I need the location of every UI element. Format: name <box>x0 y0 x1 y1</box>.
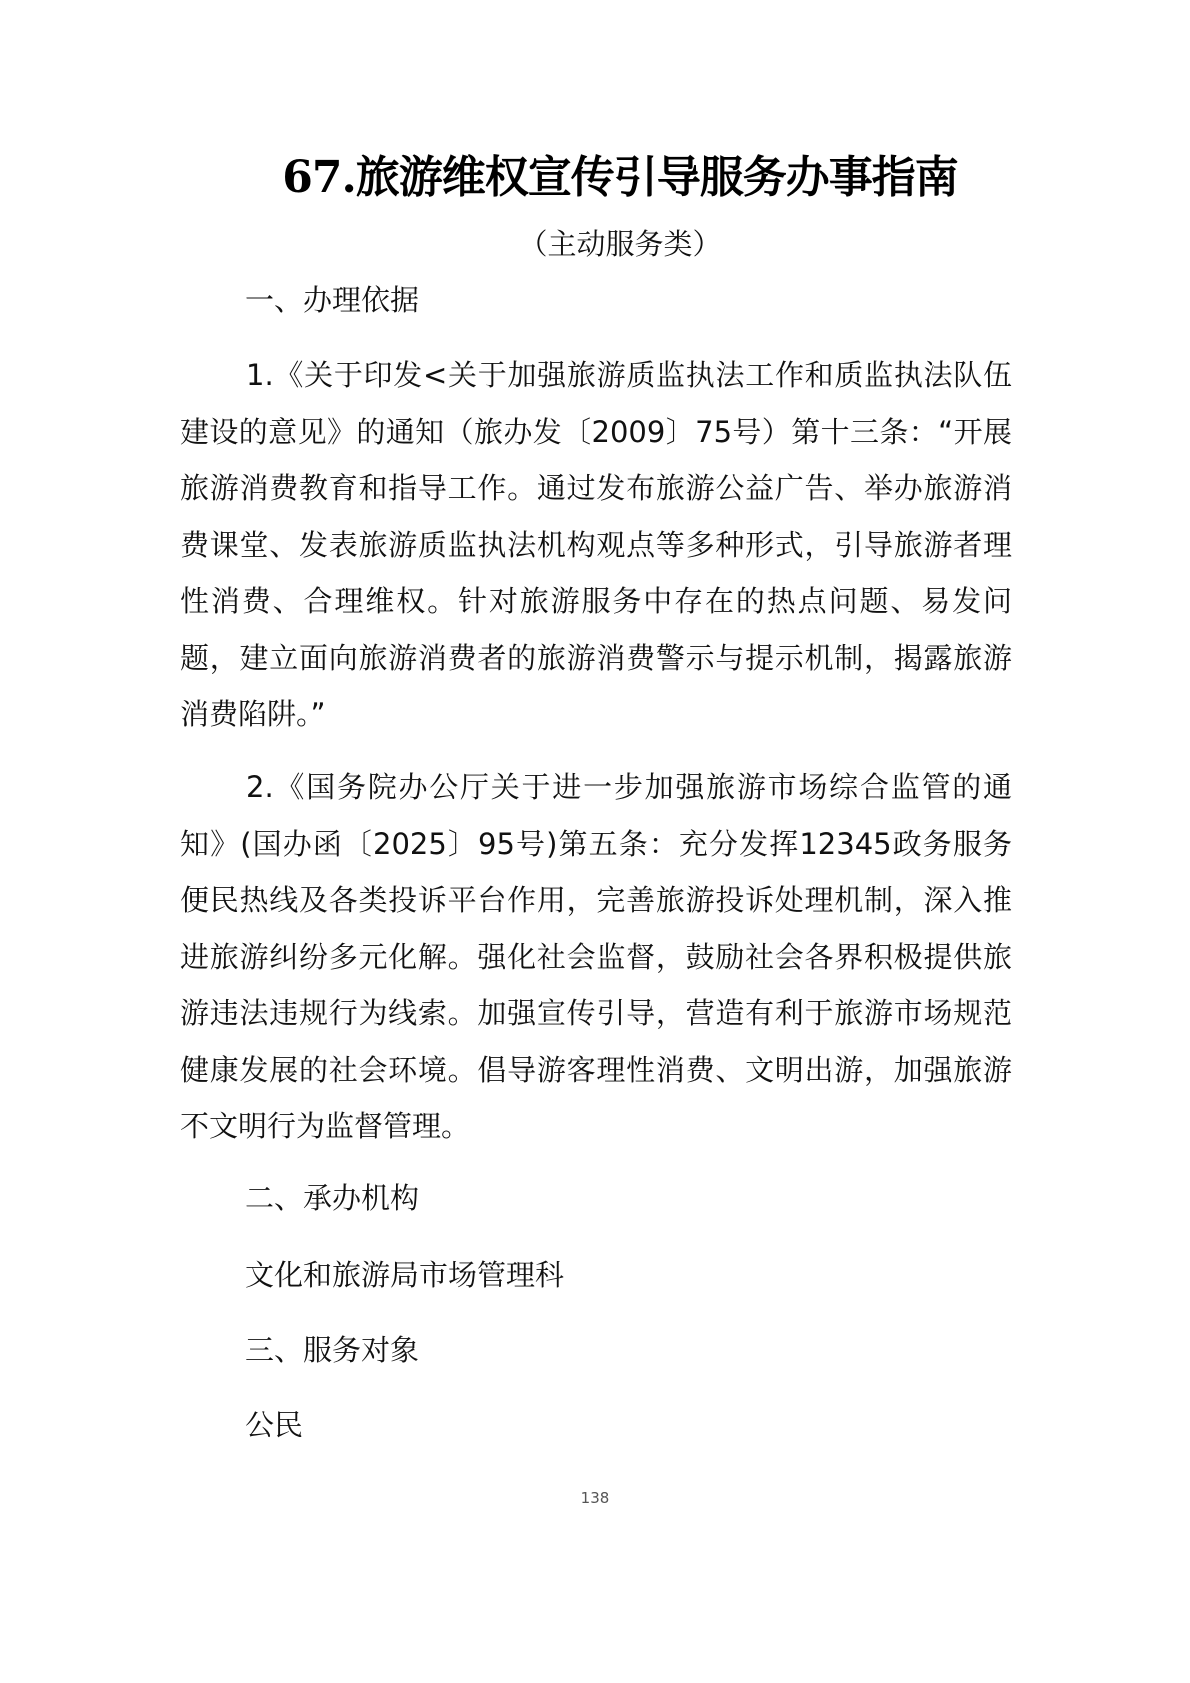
page-number: 138 <box>0 1488 1190 1508</box>
service-target: 公民 <box>245 1403 303 1447</box>
section-heading-basis: 一、办理依据 <box>245 278 419 322</box>
basis-paragraph-1: 1.《关于印发<关于加强旅游质监执法工作和质监执法队伍建设的意见》的通知（旅办发… <box>180 347 1012 743</box>
agency-name: 文化和旅游局市场管理科 <box>245 1253 564 1297</box>
basis-paragraph-2: 2.《国务院办公厅关于进一步加强旅游市场综合监管的通知》(国办函〔2025〕95… <box>180 759 1012 1155</box>
page-subtitle: （主动服务类） <box>0 222 1190 266</box>
page-title: 67.旅游维权宣传引导服务办事指南 <box>0 148 1190 208</box>
section-heading-service-target: 三、服务对象 <box>245 1328 419 1372</box>
section-heading-agency: 二、承办机构 <box>245 1176 419 1220</box>
document-page: 67.旅游维权宣传引导服务办事指南 （主动服务类） 一、办理依据 1.《关于印发… <box>0 0 1190 1683</box>
